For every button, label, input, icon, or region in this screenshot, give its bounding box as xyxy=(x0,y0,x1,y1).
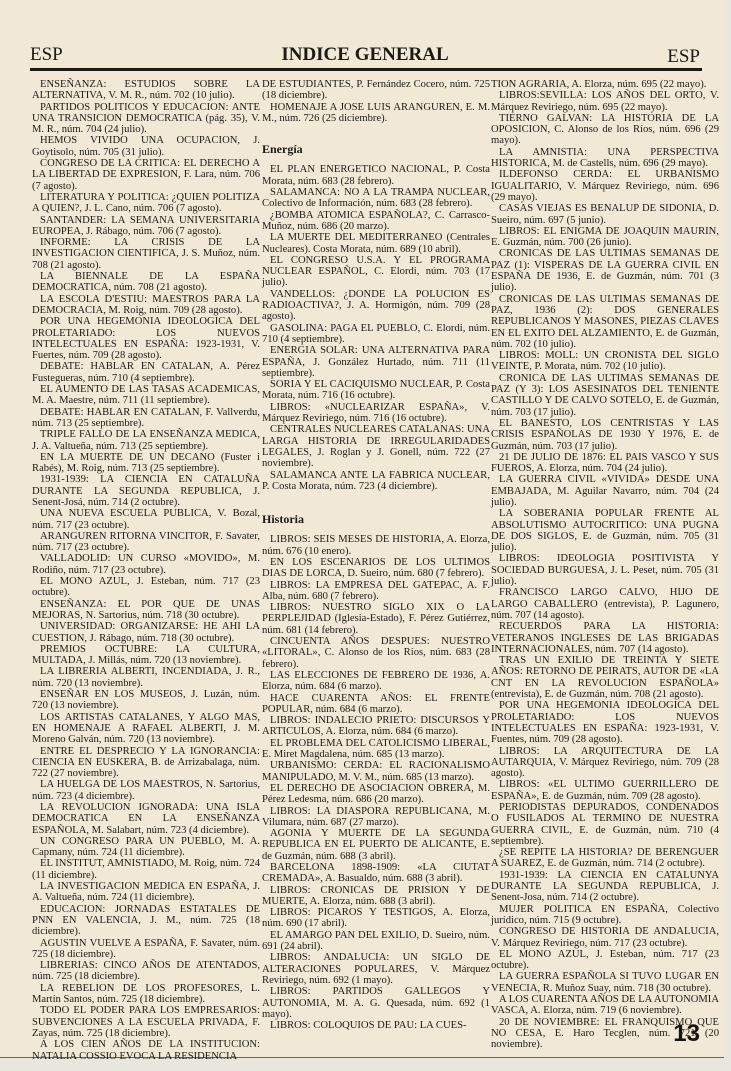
column-1: ENSEÑANZA: ESTUDIOS SOBRE LA ALTERNATIVA… xyxy=(32,79,260,1062)
index-entry: LIBROS: LA DIASPORA REPUBLICANA, M. Vilu… xyxy=(262,806,490,829)
index-entry: POR UNA HEGEMONIA IDEOLOGICA DEL PROLETA… xyxy=(491,700,719,745)
index-entry: HACE CUARENTA AÑOS: EL FRENTE POPULAR, n… xyxy=(262,693,490,716)
index-entry: LIBROS: LA ARQUITECTURA DE LA AUTARQUIA,… xyxy=(491,746,719,780)
index-entry: ARANGUREN RITORNA VINCITOR, F. Savater, … xyxy=(32,531,260,554)
index-entry: TODO EL PODER PARA LOS EMPRESARIOS: SUBV… xyxy=(32,1005,260,1039)
column-3: TION AGRARIA, A. Elorza, núm. 695 (22 ma… xyxy=(491,79,719,1051)
index-entry: UN CONGRESO PARA UN PUEBLO, M. A. Capman… xyxy=(32,836,260,859)
index-entry: LIBROS: LA EMPRESA DEL GATEPAC, A. F. Al… xyxy=(262,580,490,603)
index-entry: LIBRERIAS: CINCO AÑOS DE ATENTADOS, núm.… xyxy=(32,960,260,983)
index-entry: UNIVERSIDAD: ORGANIZARSE: HE AHI LA CUES… xyxy=(32,621,260,644)
index-entry: 1931-1939: LA CIENCIA EN CATALUÑA DURANT… xyxy=(32,474,260,508)
index-entry: TRAS UN EXILIO DE TREINTA Y SIETE AÑOS: … xyxy=(491,655,719,700)
index-entry: POR UNA HEGEMONIA IDEOLOGICA DEL PROLETA… xyxy=(32,316,260,361)
index-entry: LIBROS: ANDALUCIA: UN SIGLO DE ALTERACIO… xyxy=(262,952,490,986)
index-entry: EL MONO AZUL, J. Esteban, núm. 717 (23 o… xyxy=(32,576,260,599)
index-entry: BARCELONA 1898-1909: «LA CIUTAT CREMADA»… xyxy=(262,862,490,885)
page-header: ESP INDICE GENERAL ESP xyxy=(30,40,700,66)
index-entry: LIBROS: IDEOLOGIA POSITIVISTA Y SOCIEDAD… xyxy=(491,553,719,587)
index-entry: LA BIENNALE DE LA ESPAÑA DEMOCRATICA, nú… xyxy=(32,271,260,294)
index-entry-continuation: DE ESTUDIANTES, P. Fernández Cocero, núm… xyxy=(262,79,490,102)
index-entry: CRONICAS DE LAS ULTIMAS SEMANAS DE PAZ, … xyxy=(491,294,719,350)
index-entry: ENSEÑAR EN LOS MUSEOS, J. Luzán, núm. 72… xyxy=(32,689,260,712)
index-entry: LA ESCOLA D'ESTIU: MAESTROS PARA LA DEMO… xyxy=(32,294,260,317)
index-entry: ¿SE REPITE LA HISTORIA? DE BERENGUER A S… xyxy=(491,847,719,870)
index-entry: URBANISMO: CERDA: EL RACIONALISMO MANIPU… xyxy=(262,760,490,783)
index-entry: PERIODISTAS DEPURADOS, CONDENADOS O FUSI… xyxy=(491,802,719,847)
index-entry: CONGRESO DE HISTORIA DE ANDALUCIA, V. Má… xyxy=(491,926,719,949)
index-entry: LA REVOLUCION IGNORADA: UNA ISLA DEMOCRA… xyxy=(32,802,260,836)
index-entry: EL PROBLEMA DEL CATOLICISMO LIBERAL, E. … xyxy=(262,738,490,761)
index-page: ESP INDICE GENERAL ESP ENSEÑANZA: ESTUDI… xyxy=(0,0,724,1058)
header-rule xyxy=(30,68,702,71)
index-entry: AGUSTIN VUELVE A ESPAÑA, F. Savater, núm… xyxy=(32,938,260,961)
index-entry: ¿BOMBA ATOMICA ESPAÑOLA?, C. Carrasco-Mu… xyxy=(262,210,490,233)
index-entry: CASAS VIEJAS ES BENALUP DE SIDONIA, D. S… xyxy=(491,203,719,226)
index-entry: EL BANESTO, LOS CENTRISTAS Y LAS CRISIS … xyxy=(491,418,719,452)
index-entry: LA LIBRERIA ALBERTI, INCENDIADA, J. R., … xyxy=(32,666,260,689)
index-entry: LIBROS: «NUCLEARIZAR ESPAÑA», V. Márquez… xyxy=(262,402,490,425)
index-entry-continuation: TION AGRARIA, A. Elorza, núm. 695 (22 ma… xyxy=(491,79,719,90)
index-entry: AGONIA Y MUERTE DE LA SEGUNDA REPUBLICA … xyxy=(262,828,490,862)
index-entry: ILDEFONSO CERDA: EL URBANISMO IGUALITARI… xyxy=(491,169,719,203)
index-entry: ENERGIA SOLAR: UNA ALTERNATIVA PARA ESPA… xyxy=(262,345,490,379)
index-entry: LITERATURA Y POLITICA: ¿QUIEN POLITIZA A… xyxy=(32,192,260,215)
index-entry: EL AMARGO PAN DEL EXILIO, D. Sueiro, núm… xyxy=(262,930,490,953)
index-entry: 21 DE JULIO DE 1876: EL PAIS VASCO Y SUS… xyxy=(491,452,719,475)
section-heading: Energía xyxy=(262,144,490,155)
index-entry: EN LOS ESCENARIOS DE LOS ULTIMOS DIAS DE… xyxy=(262,557,490,580)
index-entry: RECUERDOS PARA LA HISTORIA: VETERANOS IN… xyxy=(491,621,719,655)
index-entry: LA AMNISTIA: UNA PERSPECTIVA HISTORICA, … xyxy=(491,147,719,170)
index-entry: TIERNO GALVAN: LA HISTORIA DE LA OPOSICI… xyxy=(491,113,719,147)
index-entry: PARTIDOS POLITICOS Y EDUCACION: ANTE UNA… xyxy=(32,102,260,136)
index-entry: A LOS CIEN AÑOS DE LA INSTITUCION: NATAL… xyxy=(32,1039,260,1062)
index-entry: LA GUERRA CIVIL «VIVIDA» DESDE UNA EMBAJ… xyxy=(491,474,719,508)
index-entry: TRIPLE FALLO DE LA ENSEÑANZA MEDICA, J. … xyxy=(32,429,260,452)
index-entry: EL DERECHO DE ASOCIACION OBRERA, M. Pére… xyxy=(262,783,490,806)
index-entry: FRANCISCO LARGO CALVO, HIJO DE LARGO CAB… xyxy=(491,587,719,621)
index-entry: CRONICA DE LAS ULTIMAS SEMANAS DE PAZ (Y… xyxy=(491,373,719,418)
index-entry: VANDELLOS: ¿DONDE LA POLUCION ES RADIOAC… xyxy=(262,289,490,323)
index-entry: 1931-1939: LA CIENCIA EN CATALUNYA DURAN… xyxy=(491,870,719,904)
index-entry: LIBROS: COLOQUIOS DE PAU: LA CUES- xyxy=(262,1020,490,1031)
index-entry: EL INSTITUT, AMNISTIADO, M. Roig, núm. 7… xyxy=(32,858,260,881)
index-entry: EL AUMENTO DE LAS TASAS ACADEMICAS, M. A… xyxy=(32,384,260,407)
index-entry: LIBROS: PICAROS Y TESTIGOS, A. Elorza, n… xyxy=(262,907,490,930)
index-entry: LA HUELGA DE LOS MAESTROS, N. Sartorius,… xyxy=(32,779,260,802)
index-entry: SALAMANCA ANTE LA FABRICA NUCLEAR, P. Co… xyxy=(262,470,490,493)
index-entry: GASOLINA: PAGA EL PUEBLO, C. Elordi, núm… xyxy=(262,323,490,346)
index-entry: CENTRALES NUCLEARES CATALANAS: UNA LARGA… xyxy=(262,424,490,469)
index-entry: PREMIOS OCTUBRE: LA CULTURA, MULTADA, J.… xyxy=(32,644,260,667)
index-entry: ENSEÑANZA: ESTUDIOS SOBRE LA ALTERNATIVA… xyxy=(32,79,260,102)
index-entry: LIBROS: MOLL: UN CRONISTA DEL SIGLO VEIN… xyxy=(491,350,719,373)
index-entry: MUJER POLITICA EN ESPAÑA, Colectivo jurí… xyxy=(491,904,719,927)
section-heading: Historia xyxy=(262,514,490,525)
index-entry: ENTRE EL DESPRECIO Y LA IGNORANCIA: CIEN… xyxy=(32,746,260,780)
index-entry: HEMOS VIVIDO UNA OCUPACION, J. Goytisolo… xyxy=(32,135,260,158)
index-entry: LA GUERRA ESPAÑOLA SI TUVO LUGAR EN VENE… xyxy=(491,971,719,994)
index-entry: SORIA Y EL CACIQUISMO NUCLEAR, P. Costa … xyxy=(262,379,490,402)
index-entry: LIBROS: SEIS MESES DE HISTORIA, A. Elorz… xyxy=(262,534,490,557)
index-entry: LA SOBERANIA POPULAR FRENTE AL ABSOLUTIS… xyxy=(491,508,719,553)
index-entry: LA MUERTE DEL MEDITERRANEO (Centrales Nu… xyxy=(262,232,490,255)
index-entry: DEBATE: HABLAR EN CATALAN, A. Pérez Fust… xyxy=(32,361,260,384)
index-entry: LIBROS: NUESTRO SIGLO XIX O LA PERPLEJID… xyxy=(262,602,490,636)
index-entry: LIBROS: CRONICAS DE PRISION Y DE MUERTE,… xyxy=(262,885,490,908)
index-entry: ENSEÑANZA: EL POR QUE DE UNAS MEJORAS, N… xyxy=(32,599,260,622)
index-entry: UNA NUEVA ESCUELA PUBLICA, V. Bozal, núm… xyxy=(32,508,260,531)
index-entry: LA INVESTIGACION MEDICA EN ESPAÑA, J. A.… xyxy=(32,881,260,904)
index-entry: CINCUENTA AÑOS DESPUES: NUESTRO «LITORAL… xyxy=(262,636,490,670)
index-entry: LAS ELECCIONES DE FEBRERO DE 1936, A. El… xyxy=(262,670,490,693)
page-title: INDICE GENERAL xyxy=(30,44,700,66)
index-entry: EL MONO AZUL, J. Esteban, núm. 717 (23 o… xyxy=(491,949,719,972)
index-entry: LOS ARTISTAS CATALANES, Y ALGO MAS, EN H… xyxy=(32,712,260,746)
index-entry: SALAMANCA: NO A LA TRAMPA NUCLEAR, Colec… xyxy=(262,187,490,210)
index-entry: CRONICAS DE LAS ULTIMAS SEMANAS DE PAZ (… xyxy=(491,248,719,293)
index-entry: LIBROS: INDALECIO PRIETO: DISCURSOS Y AR… xyxy=(262,715,490,738)
index-entry: EN LA MUERTE DE UN DECANO (Fuster i Rabé… xyxy=(32,452,260,475)
index-entry: INFORME: LA CRISIS DE LA INVESTIGACION C… xyxy=(32,237,260,271)
index-entry: LA REBELION DE LOS PROFESORES, L. Martín… xyxy=(32,983,260,1006)
page-number: 13 xyxy=(673,1020,700,1048)
index-entry: VALLADOLID: UN CURSO «MOVIDO», M. Rodiño… xyxy=(32,553,260,576)
index-entry: CONGRESO DE LA CRITICA: EL DERECHO A LA … xyxy=(32,158,260,192)
index-entry: EL PLAN ENERGETICO NACIONAL, P. Costa Mo… xyxy=(262,164,490,187)
index-entry: EDUCACION: JORNADAS ESTATALES DE PNN EN … xyxy=(32,904,260,938)
index-entry: DEBATE: HABLAR EN CATALAN, F. Vallverdu,… xyxy=(32,407,260,430)
index-entry: LIBROS: «EL ULTIMO GUERRILLERO DE ESPAÑA… xyxy=(491,779,719,802)
column-2: DE ESTUDIANTES, P. Fernández Cocero, núm… xyxy=(262,79,490,1031)
index-entry: LIBROS: PARTIDOS GALLEGOS Y AUTONOMIA, M… xyxy=(262,986,490,1020)
section-code-right: ESP xyxy=(667,46,700,68)
index-entry: LIBROS: EL ENIGMA DE JOAQUIN MAURIN, E. … xyxy=(491,226,719,249)
index-entry: A LOS CUARENTA AÑOS DE LA AUTONOMIA VASC… xyxy=(491,994,719,1017)
index-entry: LIBROS:SEVILLA: LOS AÑOS DEL ORTO, V. Má… xyxy=(491,90,719,113)
index-entry: HOMENAJE A JOSE LUIS ARANGUREN, E. M. M.… xyxy=(262,102,490,125)
index-entry: SANTANDER: LA SEMANA UNIVERSITARIA EUROP… xyxy=(32,215,260,238)
index-entry: EL CONGRESO U.S.A. Y EL PROGRAMA NUCLEAR… xyxy=(262,255,490,289)
